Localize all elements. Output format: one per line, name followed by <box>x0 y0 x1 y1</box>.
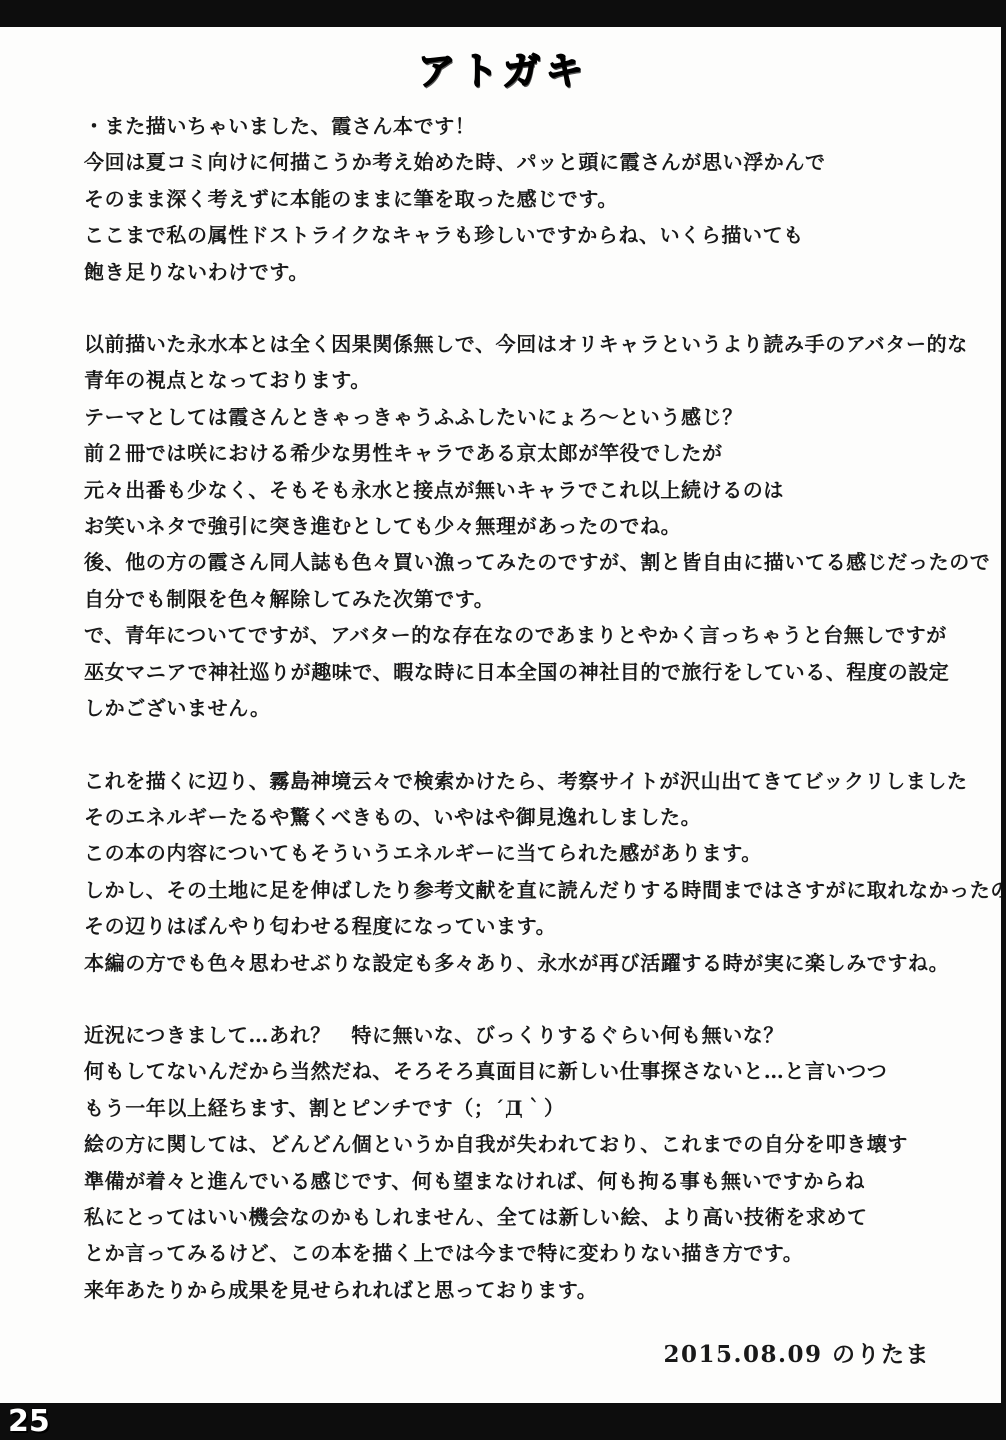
afterword-text: ・また描いちゃいました、霞さん本です！ 今回は夏コミ向けに何描こうか考え始めた時… <box>84 108 1000 1344</box>
text-line: その辺りはぼんやり匂わせる程度になっています。 <box>84 908 1000 944</box>
text-line: 近況につきまして…あれ？ 特に無いな、びっくりするぐらい何も無いな？ <box>84 1017 1000 1053</box>
text-line: 自分でも制限を色々解除してみた次第です。 <box>84 581 1000 617</box>
paragraph-2: 以前描いた永水本とは全く因果関係無しで、今回はオリキャラというより読み手のアバタ… <box>84 326 1000 726</box>
date-signature: 2015.08.09 のりたま <box>663 1336 930 1369</box>
text-line: 青年の視点となっております。 <box>84 362 1000 398</box>
text-line: しかし、その土地に足を伸ばしたり参考文献を直に読んだりする時間まではさすがに取れ… <box>84 872 1000 908</box>
text-line: 巫女マニアで神社巡りが趣味で、暇な時に日本全国の神社目的で旅行をしている、程度の… <box>84 654 1000 690</box>
top-border-bar <box>0 0 1006 27</box>
text-line: 前２冊では咲における希少な男性キャラである京太郎が竿役でしたが <box>84 435 1000 471</box>
text-line: そのまま深く考えずに本能のままに筆を取った感じです。 <box>84 181 1000 217</box>
text-line: ・また描いちゃいました、霞さん本です！ <box>84 108 1000 144</box>
text-line: お笑いネタで強引に突き進むとしても少々無理があったのでね。 <box>84 508 1000 544</box>
text-line: そのエネルギーたるや驚くべきもの、いやはや御見逸れしました。 <box>84 799 1000 835</box>
text-line: この本の内容についてもそういうエネルギーに当てられた感があります。 <box>84 835 1000 871</box>
text-line: 今回は夏コミ向けに何描こうか考え始めた時、パッと頭に霞さんが思い浮かんで <box>84 144 1000 180</box>
text-line: で、青年についてですが、アバター的な存在なのであまりとやかく言っちゃうと台無しで… <box>84 617 1000 653</box>
text-line: 何もしてないんだから当然だね、そろそろ真面目に新しい仕事探さないと…と言いつつ <box>84 1053 1000 1089</box>
text-line: ここまで私の属性ドストライクなキャラも珍しいですからね、いくら描いても <box>84 217 1000 253</box>
text-line: テーマとしては霞さんときゃっきゃうふふしたいにょろ～という感じ？ <box>84 399 1000 435</box>
text-line: とか言ってみるけど、この本を描く上では今まで特に変わりない描き方です。 <box>84 1235 1000 1271</box>
right-border-strip <box>1001 0 1006 1440</box>
text-line: 来年あたりから成果を見せられればと思っております。 <box>84 1272 1000 1308</box>
text-line: もう一年以上経ちます、割とピンチです（；´Д｀） <box>84 1090 1000 1126</box>
text-line: 準備が着々と進んでいる感じです、何も望まなければ、何も拘る事も無いですからね <box>84 1163 1000 1199</box>
bottom-border-bar <box>0 1403 1006 1440</box>
text-line: 絵の方に関しては、どんどん個というか自我が失われており、これまでの自分を叩き壊す <box>84 1126 1000 1162</box>
paragraph-4: 近況につきまして…あれ？ 特に無いな、びっくりするぐらい何も無いな？ 何もしてな… <box>84 1017 1000 1308</box>
paragraph-3: これを描くに辺り、霧島神境云々で検索かけたら、考察サイトが沢山出てきてビックリし… <box>84 763 1000 981</box>
page-title: アトガキ <box>0 40 1006 95</box>
page-number: 25 <box>8 1404 50 1439</box>
text-line: しかございません。 <box>84 690 1000 726</box>
text-line: 本編の方でも色々思わせぶりな設定も多々あり、永水が再び活躍する時が実に楽しみです… <box>84 945 1000 981</box>
text-line: これを描くに辺り、霧島神境云々で検索かけたら、考察サイトが沢山出てきてビックリし… <box>84 763 1000 799</box>
text-line: 元々出番も少なく、そもそも永水と接点が無いキャラでこれ以上続けるのは <box>84 472 1000 508</box>
text-line: 私にとってはいい機会なのかもしれません、全ては新しい絵、より高い技術を求めて <box>84 1199 1000 1235</box>
text-line: 後、他の方の霞さん同人誌も色々買い漁ってみたのですが、割と皆自由に描いてる感じだ… <box>84 544 1000 580</box>
text-line: 飽き足りないわけです。 <box>84 254 1000 290</box>
paragraph-1: ・また描いちゃいました、霞さん本です！ 今回は夏コミ向けに何描こうか考え始めた時… <box>84 108 1000 290</box>
text-line: 以前描いた永水本とは全く因果関係無しで、今回はオリキャラというより読み手のアバタ… <box>84 326 1000 362</box>
